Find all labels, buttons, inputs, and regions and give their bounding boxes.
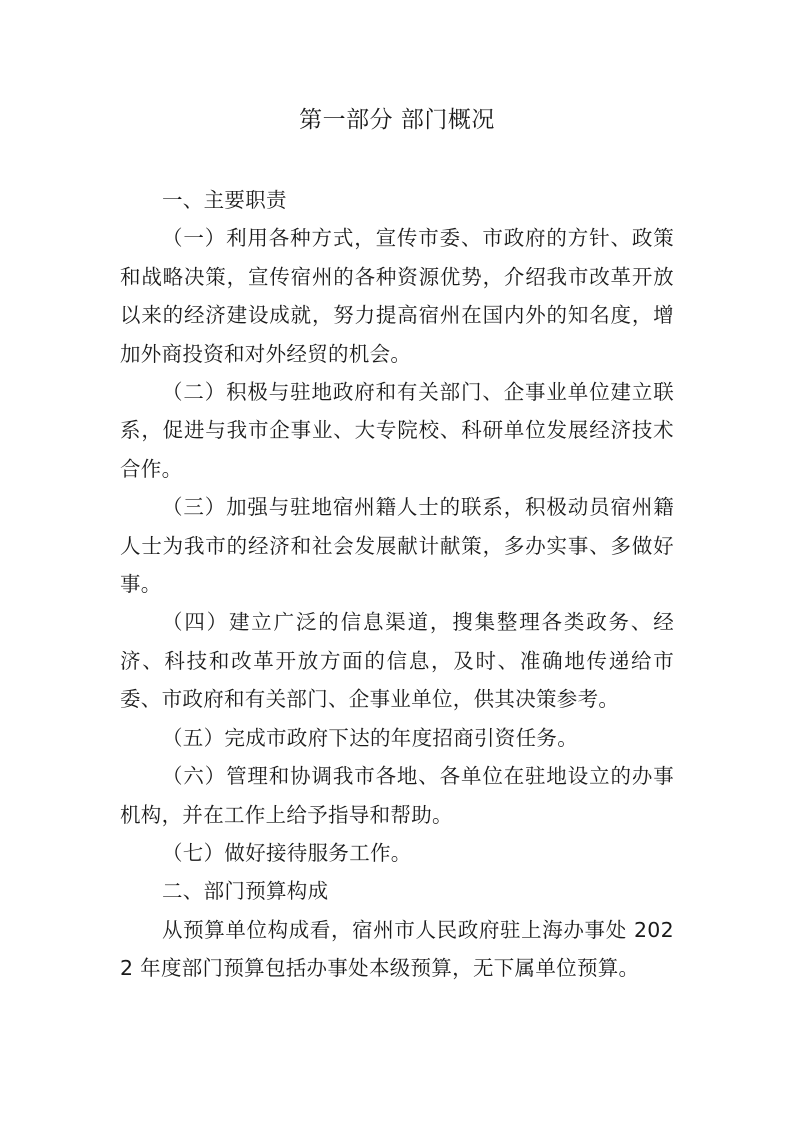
duty-paragraph-2: （二）积极与驻地政府和有关部门、企事业单位建立联系，促进与我市企事业、大专院校、… (120, 373, 674, 488)
section-heading-budget-composition: 二、部门预算构成 (120, 872, 674, 910)
budget-composition-paragraph: 从预算单位构成看，宿州市人民政府驻上海办事处 2022 年度部门预算包括办事处本… (120, 911, 674, 988)
page-title: 第一部分 部门概况 (120, 104, 674, 136)
duty-paragraph-7: （七）做好接待服务工作。 (120, 834, 674, 872)
duty-paragraph-4: （四）建立广泛的信息渠道，搜集整理各类政务、经济、科技和改革开放方面的信息，及时… (120, 603, 674, 718)
duty-paragraph-1: （一）利用各种方式，宣传市委、市政府的方针、政策和战略决策，宣传宿州的各种资源优… (120, 219, 674, 373)
section-heading-main-duties: 一、主要职责 (120, 181, 674, 219)
duty-paragraph-3: （三）加强与驻地宿州籍人士的联系，积极动员宿州籍人士为我市的经济和社会发展献计献… (120, 488, 674, 603)
duty-paragraph-6: （六）管理和协调我市各地、各单位在驻地设立的办事机构，并在工作上给予指导和帮助。 (120, 757, 674, 834)
document-body: 一、主要职责 （一）利用各种方式，宣传市委、市政府的方针、政策和战略决策，宣传宿… (120, 181, 674, 988)
duty-paragraph-5: （五）完成市政府下达的年度招商引资任务。 (120, 719, 674, 757)
